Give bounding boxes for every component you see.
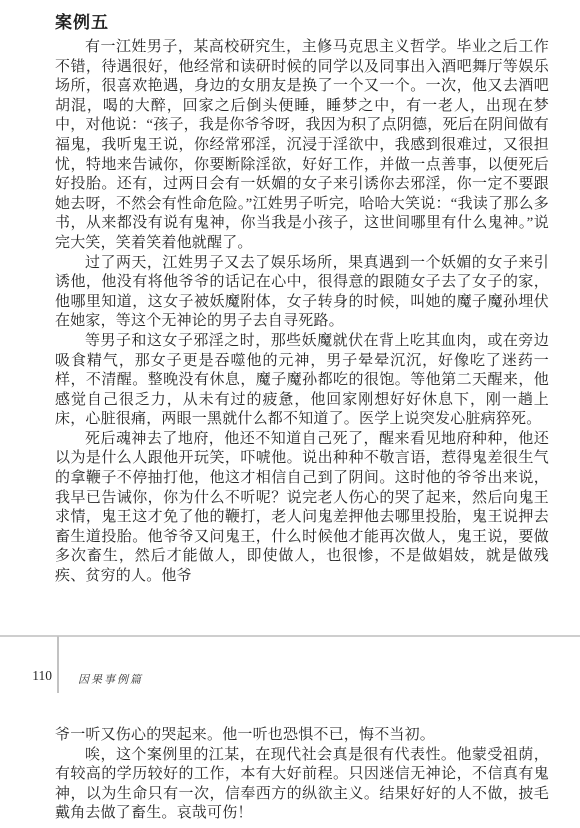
main-text-block: 有一江姓男子，某高校研究生，主修马克思主义哲学。毕业之后工作不错，待遇很好，他经…: [55, 38, 549, 587]
continuation-text-block: 爷一听又伤心的哭起来。他一听也恐惧不已，悔不当初。 唉，这个案例里的江某，在现代…: [55, 726, 549, 824]
footer-vertical-divider: [57, 636, 59, 693]
paragraph-1: 有一江姓男子，某高校研究生，主修马克思主义哲学。毕业之后工作不错，待遇很好，他经…: [55, 38, 549, 254]
paragraph-3: 等男子和这女子邪淫之时，那些妖魔就伏在背上吃其血肉，或在旁边吸食精气，那女子更是…: [55, 332, 549, 430]
page-number: 110: [18, 668, 52, 684]
paragraph-2: 过了两天，江姓男子又去了娱乐场所，果真遇到一个妖媚的女子来引诱他，他没有将他爷爷…: [55, 254, 549, 332]
book-page: 案例五 有一江姓男子，某高校研究生，主修马克思主义哲学。毕业之后工作不错，待遇很…: [0, 0, 580, 828]
footer-horizontal-divider: [0, 635, 580, 637]
chapter-name: 因果事例篇: [78, 671, 143, 687]
paragraph-4: 死后魂神去了地府，他还不知道自己死了，醒来看见地府种种，他还以为是什么人跟他开玩…: [55, 430, 549, 587]
page-title: 案例五: [55, 8, 109, 33]
continuation-paragraph-1: 爷一听又伤心的哭起来。他一听也恐惧不已，悔不当初。: [55, 726, 549, 746]
continuation-paragraph-2: 唉，这个案例里的江某，在现代社会真是很有代表性。他蒙受祖荫，有较高的学历较好的工…: [55, 746, 549, 824]
